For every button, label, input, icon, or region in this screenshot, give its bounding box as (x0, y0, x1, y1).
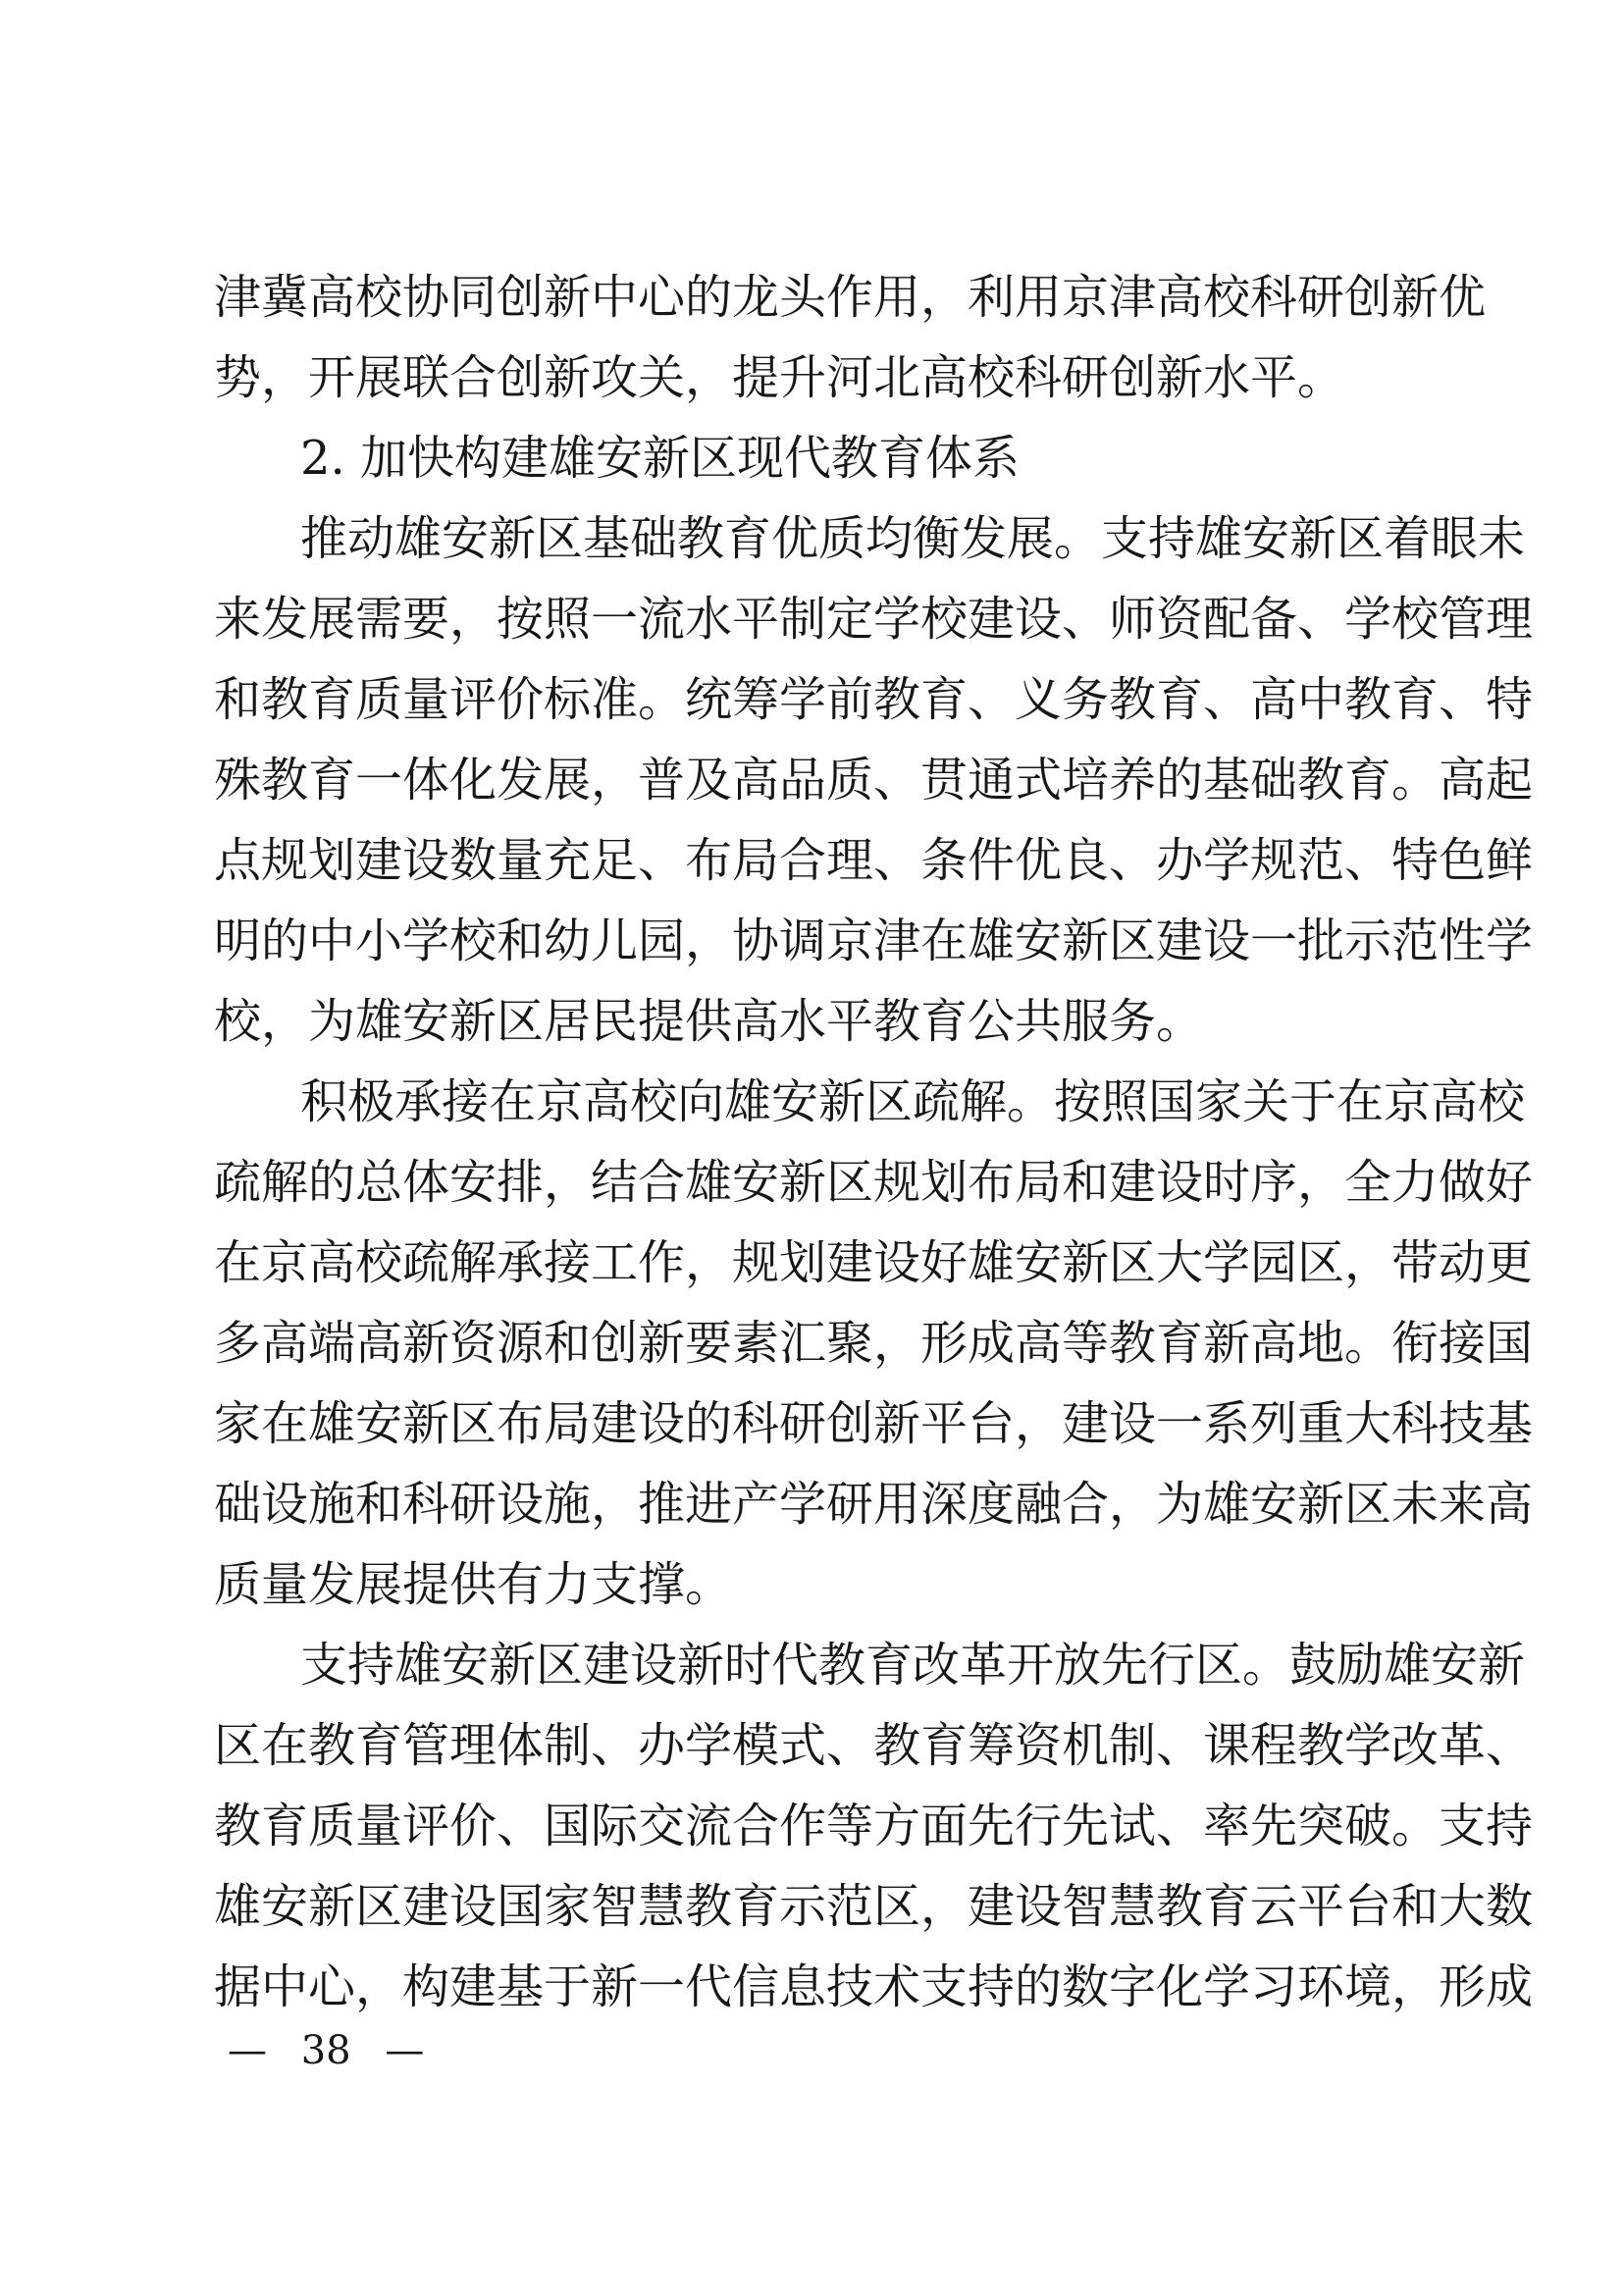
text-line: 多高端高新资源和创新要素汇聚，形成高等教育新高地。衔接国 (214, 1303, 1413, 1383)
text-line: 点规划建设数量充足、布局合理、条件优良、办学规范、特色鲜 (214, 820, 1413, 901)
paragraph-basic-education: 推动雄安新区基础教育优质均衡发展。支持雄安新区着眼未 来发展需要，按照一流水平制… (214, 498, 1413, 1062)
text-line: 势，开展联合创新攻关，提升河北高校科研创新水平。 (214, 338, 1413, 418)
text-line: 殊教育一体化发展，普及高品质、贯通式培养的基础教育。高起 (214, 740, 1413, 820)
text-line: 础设施和科研设施，推进产学研用深度融合，为雄安新区未来高 (214, 1464, 1413, 1544)
text-line: 推动雄安新区基础教育优质均衡发展。支持雄安新区着眼未 (214, 498, 1413, 579)
paragraph-reform-pilot-zone: 支持雄安新区建设新时代教育改革开放先行区。鼓励雄安新 区在教育管理体制、办学模式… (214, 1625, 1413, 2027)
paragraph-continuation: 津冀高校协同创新中心的龙头作用，利用京津高校科研创新优 势，开展联合创新攻关，提… (214, 257, 1413, 418)
text-line: 疏解的总体安排，结合雄安新区规划布局和建设时序，全力做好 (214, 1142, 1413, 1223)
text-line: 在京高校疏解承接工作，规划建设好雄安新区大学园区，带动更 (214, 1223, 1413, 1303)
text-line: 津冀高校协同创新中心的龙头作用，利用京津高校科研创新优 (214, 257, 1413, 338)
text-line: 雄安新区建设国家智慧教育示范区，建设智慧教育云平台和大数 (214, 1866, 1413, 1947)
document-page: 津冀高校协同创新中心的龙头作用，利用京津高校科研创新优 势，开展联合创新攻关，提… (0, 0, 1624, 2296)
page-number: — 38 — (228, 2023, 424, 2078)
text-line: 明的中小学校和幼儿园，协调京津在雄安新区建设一批示范性学 (214, 901, 1413, 981)
text-line: 积极承接在京高校向雄安新区疏解。按照国家关于在京高校 (214, 1062, 1413, 1142)
text-line: 来发展需要，按照一流水平制定学校建设、师资配备、学校管理 (214, 579, 1413, 659)
document-text-block: 津冀高校协同创新中心的龙头作用，利用京津高校科研创新优 势，开展联合创新攻关，提… (214, 257, 1413, 2027)
paragraph-university-relocation: 积极承接在京高校向雄安新区疏解。按照国家关于在京高校 疏解的总体安排，结合雄安新… (214, 1062, 1413, 1625)
text-line: 据中心，构建基于新一代信息技术支持的数字化学习环境，形成 (214, 1947, 1413, 2027)
text-line: 支持雄安新区建设新时代教育改革开放先行区。鼓励雄安新 (214, 1625, 1413, 1705)
text-line: 和教育质量评价标准。统筹学前教育、义务教育、高中教育、特 (214, 659, 1413, 740)
section-heading-line: 2. 加快构建雄安新区现代教育体系 (214, 418, 1413, 498)
text-line: 教育质量评价、国际交流合作等方面先行先试、率先突破。支持 (214, 1786, 1413, 1866)
text-line: 质量发展提供有力支撑。 (214, 1544, 1413, 1625)
text-line: 家在雄安新区布局建设的科研创新平台，建设一系列重大科技基 (214, 1383, 1413, 1464)
text-line: 校，为雄安新区居民提供高水平教育公共服务。 (214, 981, 1413, 1062)
section-heading: 2. 加快构建雄安新区现代教育体系 (214, 418, 1413, 498)
text-line: 区在教育管理体制、办学模式、教育筹资机制、课程教学改革、 (214, 1705, 1413, 1786)
